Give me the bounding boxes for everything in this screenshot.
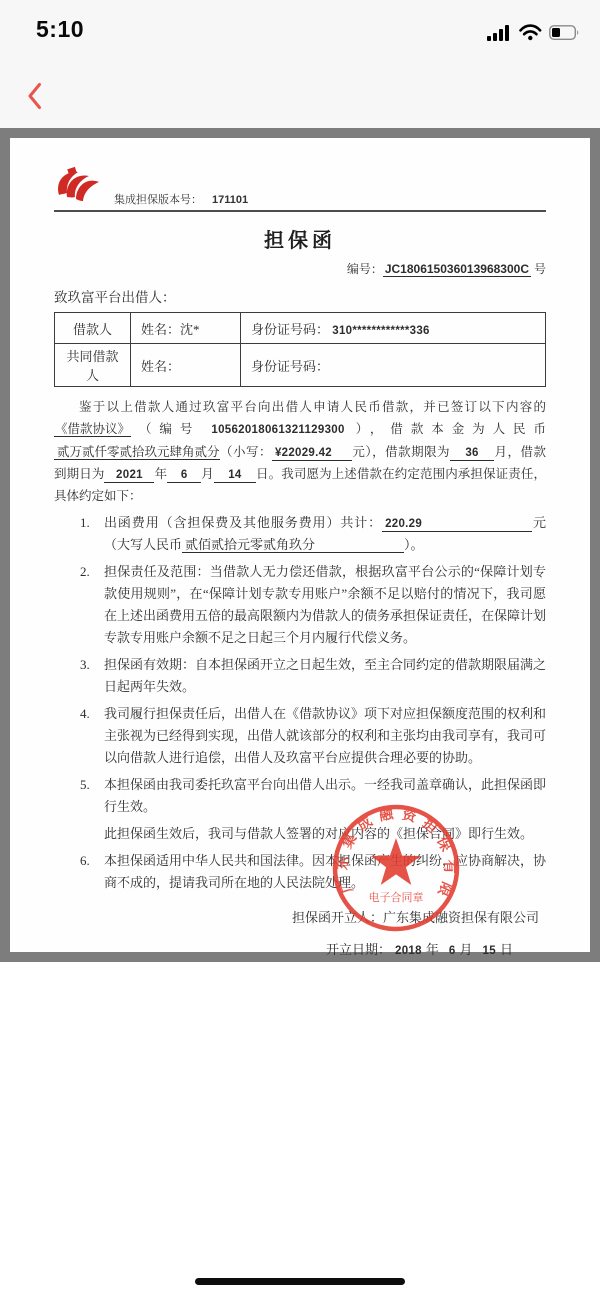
home-indicator[interactable] <box>195 1278 405 1285</box>
status-bar-icons <box>487 24 580 46</box>
coborrower-name-cell: 姓名： <box>131 344 241 387</box>
unit: 年 <box>154 467 167 481</box>
intro-seg: （编号 <box>131 422 200 436</box>
coborrower-id-cell: 身份证号码： <box>241 344 546 387</box>
id-label: 身份证号码： <box>251 322 329 337</box>
date-label: 开立日期： <box>326 942 391 957</box>
id-label: 身份证号码： <box>251 359 329 374</box>
version-line: 集成担保版本号：171101 <box>114 191 248 209</box>
document-header: 集成担保版本号：171101 <box>54 168 546 212</box>
table-row: 借款人 姓名：沈* 身份证号码： 310************336 <box>55 313 546 344</box>
borrower-name-cell: 姓名：沈* <box>131 313 241 344</box>
salutation: 致玖富平台出借人： <box>54 286 546 306</box>
company-logo <box>54 164 104 209</box>
serial-label: 编号： <box>347 262 383 276</box>
clause-6: 6. 本担保函适用中华人民共和国法律。因本担保函产生的纠纷，应协商解决，协商不成… <box>54 850 546 894</box>
clause-1: 1. 出函费用（含担保费及其他服务费用）共计：220.29元（大写人民币贰佰贰拾… <box>54 512 546 556</box>
signer-label: 担保函开立人： <box>292 910 383 925</box>
date-month: 6 <box>449 945 456 957</box>
clause-4: 4. 我司履行担保责任后，出借人在《借款协议》项下对应担保额度范围的权利和主张视… <box>54 703 546 769</box>
clause-number: 6. <box>80 850 104 894</box>
intro-paragraph: 鉴于以上借款人通过玖富平台向出借人申请人民币借款，并已签订以下内容的《借款协议》… <box>54 396 546 507</box>
clause-5: 5. 本担保函由我司委托玖富平台向出借人出示。一经我司盖章确认，此担保函即行生效… <box>54 774 546 845</box>
date-day: 15 <box>483 945 496 957</box>
borrower-id-cell: 身份证号码： 310************336 <box>241 313 546 344</box>
clause-text: 担保函有效期：自本担保函开立之日起生效，至主合同约定的借款期限届满之日起两年失效… <box>104 654 546 698</box>
issue-date-line: 开立日期：2018年6月15日 <box>326 939 546 958</box>
clause-list: 1. 出函费用（含担保费及其他服务费用）共计：220.29元（大写人民币贰佰贰拾… <box>54 512 546 894</box>
fee-capital: 贰佰贰拾元零贰角玖分 <box>182 538 404 553</box>
serial-number: JC180615036013968300C <box>383 262 531 277</box>
battery-low-icon <box>549 25 580 46</box>
name-label: 姓名： <box>141 359 180 374</box>
signer-line: 担保函开立人：广东集成融资担保有限公司 <box>292 907 546 926</box>
version-label: 集成担保版本号： <box>114 194 202 206</box>
clause-text: 此担保函生效后，我司与借款人签署的对应内容的《担保合同》即行生效。 <box>104 823 546 845</box>
top-chrome: 5:10 <box>0 0 600 128</box>
clause-text: 本担保函由我司委托玖富平台向出借人出示。一经我司盖章确认，此担保函即行生效。 <box>104 774 546 818</box>
signer-name: 广东集成融资担保有限公司 <box>383 910 539 925</box>
clause-body: 出函费用（含担保费及其他服务费用）共计：220.29元（大写人民币贰佰贰拾元零贰… <box>104 512 546 556</box>
name-value: 沈* <box>180 322 200 337</box>
intro-seg: （小写： <box>220 445 272 459</box>
clause-number: 3. <box>80 654 104 698</box>
due-day: 14 <box>214 468 256 483</box>
unit: 年 <box>426 942 439 957</box>
status-bar-time: 5:10 <box>36 16 84 43</box>
chevron-left-icon <box>26 81 43 114</box>
borrower-table: 借款人 姓名：沈* 身份证号码： 310************336 共同借款… <box>54 312 546 387</box>
phone-screen: 5:10 <box>0 0 600 1296</box>
document-page: 集成担保版本号：171101 担保函 编号：JC1806150360139683… <box>10 138 590 952</box>
clause-text: 担保责任及范围：当借款人无力偿还借款，根据玖富平台公示的“保障计划专款使用规则”… <box>104 561 546 649</box>
due-month: 6 <box>167 468 201 483</box>
bottom-area <box>0 962 600 1296</box>
intro-seg: 元），借款期限为 <box>352 445 450 459</box>
agreement-link: 《借款协议》 <box>54 422 131 437</box>
wifi-icon <box>519 24 542 46</box>
back-button[interactable] <box>26 80 56 114</box>
contract-number: 10562018061321129300 <box>211 424 344 436</box>
clause-number: 1. <box>80 512 104 556</box>
clause-text: 出函费用（含担保费及其他服务费用）共计： <box>104 515 382 530</box>
unit: 月 <box>201 467 214 481</box>
version-value: 171101 <box>212 194 248 206</box>
serial-suffix: 号 <box>534 262 546 276</box>
loan-term: 36 <box>450 446 494 461</box>
amount-capital: 贰万贰仟零贰拾玖元肆角贰分 <box>54 445 220 460</box>
date-year: 2018 <box>395 945 422 957</box>
coborrower-role: 共同借款人 <box>55 344 131 387</box>
name-label: 姓名： <box>141 322 180 337</box>
unit: 月 <box>460 942 473 957</box>
table-row: 共同借款人 姓名： 身份证号码： <box>55 344 546 387</box>
amount-numeric: ¥22029.42 <box>272 446 352 461</box>
fee-amount: 220.29 <box>382 517 532 532</box>
document-title: 担保函 <box>54 224 546 253</box>
clause-text: ）。 <box>404 537 424 552</box>
serial-line: 编号：JC180615036013968300C 号 <box>54 260 546 277</box>
clause-body: 本担保函由我司委托玖富平台向出借人出示。一经我司盖章确认，此担保函即行生效。 此… <box>104 774 546 845</box>
cellular-signal-icon <box>487 24 512 46</box>
borrower-role: 借款人 <box>55 313 131 344</box>
clause-number: 5. <box>80 774 104 845</box>
intro-seg: ），借款本金为人民币 <box>356 422 546 436</box>
clause-number: 4. <box>80 703 104 769</box>
clause-number: 2. <box>80 561 104 649</box>
document-viewer[interactable]: 集成担保版本号：171101 担保函 编号：JC1806150360139683… <box>0 128 600 962</box>
unit: 日 <box>500 942 513 957</box>
due-year: 2021 <box>104 468 154 483</box>
intro-seg: 鉴于以上借款人通过玖富平台向出借人申请人民币借款，并已签订以下内容的 <box>79 400 546 414</box>
clause-text: 我司履行担保责任后，出借人在《借款协议》项下对应担保额度范围的权利和主张视为已经… <box>104 703 546 769</box>
clause-text: 本担保函适用中华人民共和国法律。因本担保函产生的纠纷，应协商解决，协商不成的，提… <box>104 850 546 894</box>
id-value: 310************336 <box>332 325 429 337</box>
clause-2: 2. 担保责任及范围：当借款人无力偿还借款，根据玖富平台公示的“保障计划专款使用… <box>54 561 546 649</box>
clause-3: 3. 担保函有效期：自本担保函开立之日起生效，至主合同约定的借款期限届满之日起两… <box>54 654 546 698</box>
